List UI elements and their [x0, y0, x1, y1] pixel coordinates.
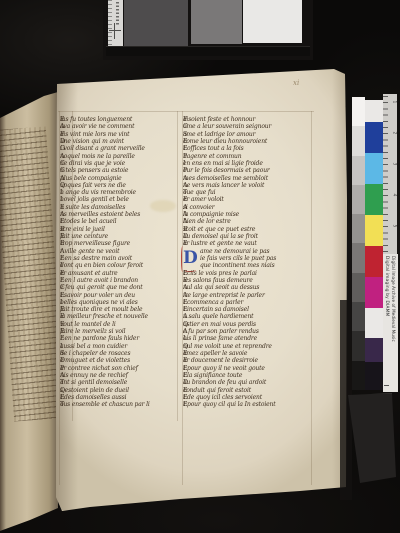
line-text: r ville gente ne veoit — [60, 248, 119, 255]
color-patch — [365, 184, 383, 215]
manuscript-line: Er en ne pardone fauls hider — [60, 335, 182, 342]
manuscript-line: Ibelles quoniques ne vi ales — [60, 299, 182, 306]
manuscript-line: Eins fu toutes longuement — [60, 116, 182, 123]
manuscript-line: Pour le fois desormais et paour — [183, 167, 317, 174]
manuscript-line: Asi convoier — [183, 204, 317, 211]
manuscript-line: Er en sa destre main avoit — [60, 255, 182, 262]
line-text: de i chapeler de rosaces — [60, 350, 130, 357]
line-text: r en ne pardone fauls hider — [60, 335, 139, 342]
ruling-line — [58, 111, 314, 112]
line-text: trop merveilleuse figure — [60, 240, 130, 247]
ruler-tick-marks — [108, 0, 112, 46]
grayscale-step — [352, 361, 365, 390]
manuscript-line: Efait troute dire et moult bele — [60, 306, 182, 313]
manuscript-line: Efait une ceinture — [60, 233, 182, 240]
line-text: r en l autre avoit i brandon — [60, 277, 138, 284]
manuscript-line: Inovel jolis gentil et bele — [60, 196, 182, 203]
grayscale-step — [352, 214, 365, 243]
manuscript-line: Anoquel mois ne la pareille — [60, 153, 182, 160]
line-text: fait une ceinture — [60, 233, 108, 240]
line-text: ne vers mais lancer le voloit — [183, 182, 264, 189]
manuscript-line: Aire large entreprist le parler — [183, 292, 317, 299]
color-patch — [365, 308, 383, 338]
manuscript-line: Tous ensemble et chascun par li — [60, 401, 182, 408]
color-patch-column — [365, 100, 383, 390]
line-text: t savoir pour voler un deu — [60, 292, 135, 299]
color-patch — [365, 362, 383, 390]
manuscript-line: Tant si gentil demoiselle — [60, 379, 182, 386]
grayscale-step — [352, 185, 365, 214]
manuscript-line: En suite les damoiselles — [60, 204, 182, 211]
line-text: ous ensemble et chascun par li — [60, 401, 150, 408]
line-text: n tels pensers au estoie — [60, 167, 128, 174]
line-text: dont qu en bien colour feroit — [60, 262, 143, 269]
grayscale-step — [352, 156, 365, 185]
manuscript-line: ie fais vers cils le puet pas — [183, 255, 317, 262]
manuscript-line: Toue que fui — [183, 189, 317, 196]
line-text: une vision qui m avint — [60, 138, 124, 145]
manuscript-line: De muguet et de violettes — [60, 357, 182, 364]
grayscale-step — [352, 302, 365, 331]
manuscript-line: Et cils le vois pres le parlai — [183, 270, 317, 277]
manuscript-line: Et todes le bel acueil — [60, 218, 182, 225]
manuscript-line: Ans merveilles estoient beles — [60, 211, 182, 218]
manuscript-line: Cne dirai vis que je voie — [60, 160, 182, 167]
line-text: au demoisel qui la se froit — [183, 233, 258, 240]
line-text: aussi bel a mon cuidier — [60, 343, 127, 350]
line-text: ar contree nichat son chief — [60, 365, 138, 372]
grayscale-step — [352, 126, 365, 155]
line-text: u salu quele hardiement — [183, 313, 253, 320]
line-text: au brandon de feu qui ardoit — [183, 379, 266, 386]
line-text: en ens en mai si ligie froide — [183, 160, 263, 167]
manuscript-line: Ane vers mais lancer le voloit — [183, 182, 317, 189]
crosshair-icon — [114, 23, 115, 39]
line-text: ar lustre et gente ne vaut — [183, 240, 257, 247]
grayscale-step-column — [352, 97, 365, 390]
manuscript-line: Lois li prinse fame atendre — [183, 335, 317, 342]
manuscript-line: Pnagenre et commun — [183, 153, 317, 160]
line-text: ame ne demourai ie pas — [200, 248, 269, 255]
manuscript-line: Ala compaignie mise — [183, 211, 317, 218]
manuscript-line: Dau demoisel qui la se froit — [183, 233, 317, 240]
text-column-right: D Faisoient feste et honnourCome a leur … — [183, 116, 317, 409]
line-text: ne dirai vis que je voie — [60, 160, 125, 167]
line-text: fait troute dire et moult bele — [60, 306, 142, 313]
line-text: t todes le bel acueil — [60, 218, 116, 225]
manuscript-line: Qnul me voloit une et reprendre — [183, 343, 317, 350]
manuscript-line: Au salu quele hardiement — [183, 313, 317, 320]
manuscript-line: Eer amer voloit — [183, 196, 317, 203]
manuscript-line: Eles salons faus demeure — [183, 277, 317, 284]
manuscript-line: Qostier en mai vous perdis — [183, 321, 317, 328]
line-text: ins fu toutes longuement — [60, 116, 132, 123]
text-column-left: Eins fu toutes longuementAava avoir vie … — [60, 116, 182, 409]
crosshair-icon — [109, 30, 121, 31]
line-text: t la signifiance toute — [183, 372, 242, 379]
manuscript-line: Gi voil disant a grant merveille — [60, 145, 182, 152]
line-text: ome a leur souverain seignour — [183, 123, 271, 130]
manuscript-line: ame ne demourai ie pas — [183, 248, 317, 255]
line-text: la compaignie mise — [183, 211, 239, 218]
manuscript-line: Aava avoir vie ne comment — [60, 123, 182, 130]
manuscript-line: Ien ens en mai si ligie froide — [183, 160, 317, 167]
ruler-tick-marks — [383, 96, 388, 252]
manuscript-line: Same et ladrige lor amour — [183, 131, 317, 138]
manuscript-line: Et la signifiance toute — [183, 372, 317, 379]
ruler-number: 5 — [392, 225, 397, 233]
color-patch — [365, 100, 383, 122]
line-text: oue que fui — [183, 189, 215, 196]
line-text: ie fais vers cils le puet pas — [200, 255, 276, 262]
vertical-ruler: 12345 — [383, 94, 397, 254]
manuscript-line: Come a leur souverain seignour — [183, 123, 317, 130]
line-text: ame et ladrige lor amour — [183, 131, 255, 138]
line-text: novel jolis gentil et bele — [60, 196, 129, 203]
line-text: our le fois desormais et paour — [183, 167, 270, 174]
manuscript-line: Ar ville gente ne veoit — [60, 248, 182, 255]
line-text: les salons faus demeure — [183, 277, 253, 284]
manuscript-line: Ear doucement le desirroie — [183, 357, 317, 364]
manuscript-line: Et incertain sa damoisel — [183, 306, 317, 313]
color-patch — [365, 338, 383, 362]
line-text: t pour quoy cil qui la In estoient — [183, 401, 276, 408]
manuscript-line: Eer amusant et autre — [60, 270, 182, 277]
grayscale-step — [352, 97, 365, 126]
line-text: plus bele compaignie — [60, 175, 122, 182]
manuscript-line: Ce feu qui geroit que me dont — [60, 284, 182, 291]
line-text: si convoier — [183, 204, 214, 211]
manuscript-line: Par contree nichat son chief — [60, 365, 182, 372]
line-text: la meilleur fresche et nouvelle — [60, 313, 148, 320]
manuscript-line: Anul ala qui seoit au dessus — [183, 284, 317, 291]
manuscript-line: Fais vint mie lors me vint — [60, 131, 182, 138]
line-text: nul ala qui seoit au dessus — [183, 284, 259, 291]
manuscript-line: Et pour quoy il ne veoit goute — [183, 365, 317, 372]
line-text: e fu par son parler rendus — [183, 328, 259, 335]
line-text: ois li prinse fame atendre — [183, 335, 257, 342]
manuscript-line: Abien de lor estre — [183, 218, 317, 225]
color-patch — [365, 215, 383, 246]
manuscript-line: Efaire le merveilz si voil — [60, 328, 182, 335]
manuscript-line: Et offices tout a la fois — [183, 145, 317, 152]
color-patch — [365, 122, 383, 153]
manuscript-line: Et commenca a parler — [183, 299, 317, 306]
color-patch — [365, 277, 383, 308]
line-text: r en sa destre main avoit — [60, 255, 132, 262]
manuscript-line: Idont qu en bien colour feroit — [60, 262, 182, 269]
line-text: t des damoiselles aussi — [60, 394, 126, 401]
line-text: n ange du vis remembroie — [60, 189, 136, 196]
line-text: mes demoiselles me sembloit — [183, 175, 268, 182]
line-text: ns merveilles estoient beles — [60, 211, 140, 218]
manuscript-line: Quoques fait vers ne die — [60, 182, 182, 189]
manuscript-line: Qs estoient plein de dueil — [60, 387, 182, 394]
line-text: bien de lor estre — [183, 218, 231, 225]
line-text: amez apeller le savoie — [183, 350, 247, 357]
line-text: aisoient feste et honnour — [183, 116, 255, 123]
manuscript-line: Aplus bele compaignie — [60, 175, 182, 182]
grayscale-step — [352, 331, 365, 360]
manuscript-line: Et des damoiselles aussi — [60, 394, 182, 401]
manuscript-line: Dune vision qui m avint — [60, 138, 182, 145]
manuscript-line: Ae fu par son parler rendus — [183, 328, 317, 335]
line-text: er amusant et autre — [60, 270, 118, 277]
manuscript-line: que incontinent mes niais — [183, 262, 317, 269]
line-text: nagenre et commun — [183, 153, 241, 160]
line-text: t cils le vois pres le parlai — [183, 270, 257, 277]
ruler-number: 4 — [392, 194, 397, 202]
manuscript-line: Faisoient feste et honnour — [183, 116, 317, 123]
line-text: uoques fait vers ne die — [60, 182, 126, 189]
line-text: ant si gentil demoiselle — [60, 379, 127, 386]
line-text: n suite les damoiselles — [60, 204, 125, 211]
ruler-fine-print — [116, 2, 119, 26]
manuscript-line: Anis ennuy ne de rechief — [60, 372, 182, 379]
line-text: faire le merveilz si voil — [60, 328, 125, 335]
line-text: t de quoy icil cles servoient — [183, 394, 262, 401]
line-text: i voil disant a grant merveille — [60, 145, 145, 152]
line-text: belles quoniques ne vi ales — [60, 299, 138, 306]
line-text: noquel mois ne la pareille — [60, 153, 135, 160]
ruler-number: 3 — [392, 163, 397, 171]
manuscript-line: Ela meilleur fresche et nouvelle — [60, 313, 182, 320]
manuscript-line: Er en l autre avoit i brandon — [60, 277, 182, 284]
grayscale-step — [352, 243, 365, 272]
manuscript-line: Et de quoy icil cles servoient — [183, 394, 317, 401]
calibration-ruler — [108, 0, 123, 46]
manuscript-line: Gn tels pensers au estoie — [60, 167, 182, 174]
line-text: stoit et que ce puet estre — [183, 226, 255, 233]
manuscript-line: Etrop merveilleuse figure — [60, 240, 182, 247]
line-text: vout le mantel de li — [60, 321, 116, 328]
line-text: ire large entreprist le parler — [183, 292, 265, 299]
credit-text-archive: Digital Image Archive of Medieval Music — [391, 256, 396, 390]
calibration-card-holder-lip — [106, 46, 310, 56]
credit-strip: Digital imaging by DIAMM Digital Image A… — [383, 254, 398, 392]
manuscript-photograph: xi Eins fu toutes longuementAava avoir v… — [0, 0, 400, 533]
manuscript-line: Ear lustre et gente ne vaut — [183, 240, 317, 247]
line-text: nul me voloit une et reprendre — [183, 343, 272, 350]
manuscript-line: Evout le mantel de li — [60, 321, 182, 328]
manuscript-line: Estre eini le jueil — [60, 226, 182, 233]
ruler-number: 2 — [392, 132, 397, 140]
manuscript-line: Et pour quoy cil qui la In estoient — [183, 401, 317, 408]
manuscript-line: Dau brandon de feu qui ardoit — [183, 379, 317, 386]
line-text: que incontinent mes niais — [200, 262, 275, 269]
line-text: s estoient plein de dueil — [60, 387, 129, 394]
color-patch — [365, 153, 383, 184]
line-text: ava avoir vie ne comment — [60, 123, 134, 130]
manuscript-line: Eamez apeller le savoie — [183, 350, 317, 357]
credit-text-diamm: Digital imaging by DIAMM — [384, 256, 389, 386]
line-text: t offices tout a la fois — [183, 145, 244, 152]
manuscript-line: Estoit et que ce puet estre — [183, 226, 317, 233]
line-text: ostier en mai vous perdis — [183, 321, 256, 328]
manuscript-line: Ecome leur dieu honnouroient — [183, 138, 317, 145]
gray-patch-dark — [124, 0, 188, 46]
gray-patch-white — [243, 0, 302, 43]
gray-patch-mid — [191, 0, 242, 44]
line-text: ar doucement le desirroie — [183, 357, 258, 364]
line-text: t incertain sa damoisel — [183, 306, 249, 313]
line-text: ais vint mie lors me vint — [60, 131, 129, 138]
manuscript-line: Ames demoiselles me sembloit — [183, 175, 317, 182]
manuscript-line: Econduit qui feroit estoit — [183, 387, 317, 394]
folio-number: xi — [293, 79, 299, 87]
ruler-number: 1 — [392, 101, 397, 109]
line-text: conduit qui feroit estoit — [183, 387, 251, 394]
line-text: e feu qui geroit que me dont — [60, 284, 142, 291]
line-text: nis ennuy ne de rechief — [60, 372, 128, 379]
line-text: t pour quoy il ne veoit goute — [183, 365, 265, 372]
line-text: e muguet et de violettes — [60, 357, 130, 364]
manuscript-line: Iaussi bel a mon cuidier — [60, 343, 182, 350]
line-text: t commenca a parler — [183, 299, 243, 306]
manuscript-line: In ange du vis remembroie — [60, 189, 182, 196]
grayscale-step — [352, 273, 365, 302]
color-patch — [365, 246, 383, 277]
manuscript-line: Et savoir pour voler un deu — [60, 292, 182, 299]
line-text: stre eini le jueil — [60, 226, 105, 233]
line-text: come leur dieu honnouroient — [183, 138, 267, 145]
line-text: er amer voloit — [183, 196, 224, 203]
manuscript-line: Sde i chapeler de rosaces — [60, 350, 182, 357]
